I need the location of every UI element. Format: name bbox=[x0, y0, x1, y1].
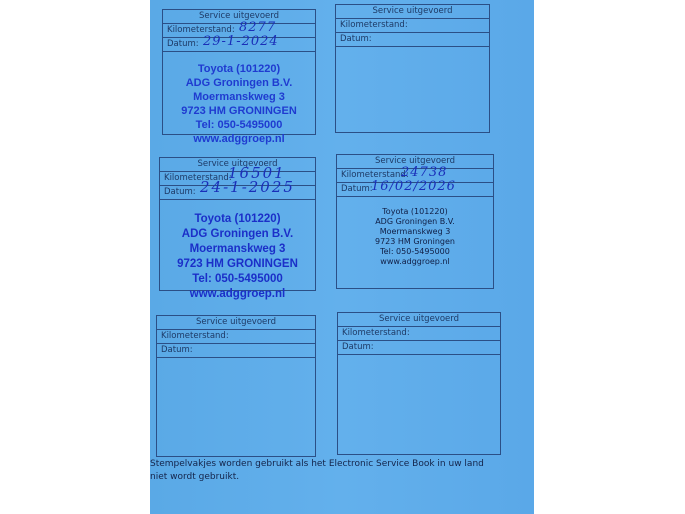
km-row: Kilometerstand: bbox=[336, 19, 489, 33]
date-row: Datum: 24-1-2025 bbox=[160, 186, 315, 200]
service-box-4: Service uitgevoerd Kilometerstand: 24738… bbox=[336, 154, 494, 289]
km-row: Kilometerstand: bbox=[338, 327, 500, 341]
km-row: Kilometerstand: bbox=[157, 330, 315, 344]
stamp-line: Toyota (101220) bbox=[163, 62, 315, 76]
stamp-line: ADG Groningen B.V. bbox=[160, 227, 315, 242]
stamp-line: Toyota (101220) bbox=[337, 207, 493, 217]
service-box-6: Service uitgevoerd Kilometerstand: Datum… bbox=[337, 312, 501, 455]
date-label: Datum: bbox=[161, 345, 193, 355]
date-label: Datum: bbox=[342, 342, 374, 352]
stamp-line: Tel: 050-5495000 bbox=[337, 247, 493, 257]
stamp-line: 9723 HM GRONINGEN bbox=[160, 257, 315, 272]
service-box-5: Service uitgevoerd Kilometerstand: Datum… bbox=[156, 315, 316, 457]
stamp-line: www.adggroep.nl bbox=[160, 287, 315, 302]
stamp-line: www.adggroep.nl bbox=[163, 132, 315, 146]
km-label: Kilometerstand: bbox=[161, 331, 229, 341]
stamp-line: Tel: 050-5495000 bbox=[160, 272, 315, 287]
stamp-line: ADG Groningen B.V. bbox=[163, 76, 315, 90]
stamp-line: Moermanskweg 3 bbox=[163, 90, 315, 104]
km-value: 24738 bbox=[401, 166, 447, 179]
footer-note: Stempelvakjes worden gebruikt als het El… bbox=[150, 458, 500, 484]
service-box-2: Service uitgevoerd Kilometerstand: Datum… bbox=[335, 4, 490, 133]
stamp-line: Tel: 050-5495000 bbox=[163, 118, 315, 132]
service-box-3: Service uitgevoerd Kilometerstand: 16501… bbox=[159, 157, 316, 291]
date-value: 29-1-2024 bbox=[203, 35, 279, 48]
date-value: 24-1-2025 bbox=[200, 181, 295, 194]
stamp-line: 9723 HM GRONINGEN bbox=[163, 104, 315, 118]
stamp-line: www.adggroep.nl bbox=[337, 257, 493, 267]
date-row: Datum: 16/02/2026 bbox=[337, 183, 493, 197]
dealer-stamp: Toyota (101220) ADG Groningen B.V. Moerm… bbox=[160, 200, 315, 302]
date-row: Datum: bbox=[336, 33, 489, 47]
stamp-line: Toyota (101220) bbox=[160, 212, 315, 227]
service-box-title: Service uitgevoerd bbox=[157, 316, 315, 330]
service-box-1: Service uitgevoerd Kilometerstand: 8277 … bbox=[162, 9, 316, 135]
service-box-title: Service uitgevoerd bbox=[336, 5, 489, 19]
dealer-stamp: Toyota (101220) ADG Groningen B.V. Moerm… bbox=[163, 52, 315, 146]
stamp-line: Moermanskweg 3 bbox=[337, 227, 493, 237]
date-label: Datum: bbox=[341, 184, 373, 194]
date-label: Datum: bbox=[167, 39, 199, 49]
service-box-title: Service uitgevoerd bbox=[338, 313, 500, 327]
date-row: Datum: bbox=[338, 341, 500, 355]
dealer-stamp: Toyota (101220) ADG Groningen B.V. Moerm… bbox=[337, 197, 493, 267]
km-value: 8277 bbox=[239, 21, 276, 34]
date-row: Datum: bbox=[157, 344, 315, 358]
date-row: Datum: 29-1-2024 bbox=[163, 38, 315, 52]
date-label: Datum: bbox=[164, 187, 196, 197]
km-label: Kilometerstand: bbox=[340, 20, 408, 30]
date-label: Datum: bbox=[340, 34, 372, 44]
km-label: Kilometerstand: bbox=[342, 328, 410, 338]
stamp-line: Moermanskweg 3 bbox=[160, 242, 315, 257]
stamp-line: ADG Groningen B.V. bbox=[337, 217, 493, 227]
stamp-line: 9723 HM Groningen bbox=[337, 237, 493, 247]
date-value: 16/02/2026 bbox=[371, 180, 456, 193]
